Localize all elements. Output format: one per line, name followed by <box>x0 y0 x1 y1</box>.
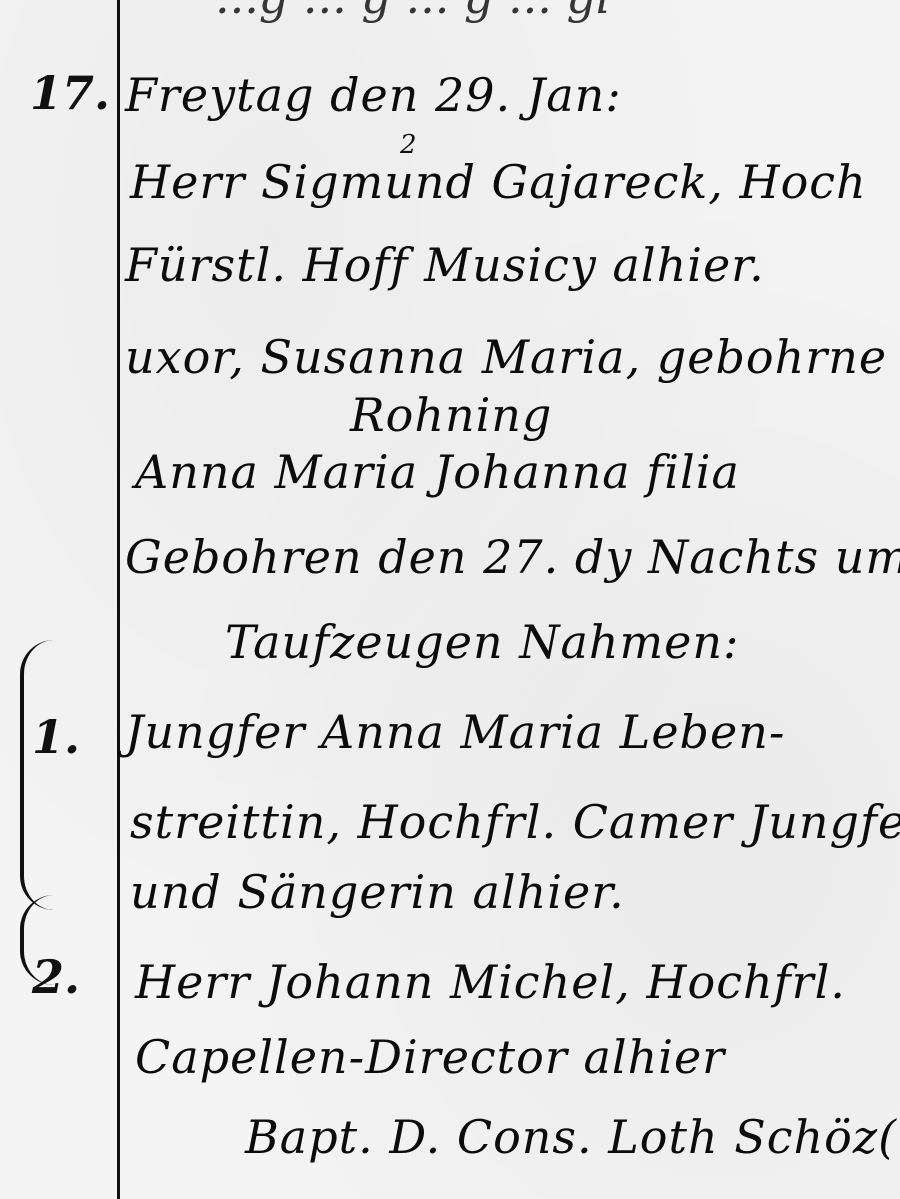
godparent-1-number: 1. <box>32 710 80 764</box>
godparent-1-line-2: streittin, Hochfrl. Camer Jungfer <box>130 795 900 849</box>
baptizer-line: Bapt. D. Cons. Loth Schöz(?) <box>245 1110 900 1164</box>
godparents-heading: Taufzeugen Nahmen: <box>225 615 739 669</box>
father-line: Herr Sigmund Gajareck, Hoch <box>130 155 867 209</box>
godparent-2-line-1: Herr Johann Michel, Hochfrl. <box>135 955 846 1009</box>
birth-line: Gebohren den 27. dy Nachts umb 8 uhr <box>125 530 900 584</box>
margin-rule <box>117 0 120 1199</box>
godparent-1-bracket <box>20 640 54 910</box>
godparent-2-number: 2. <box>32 950 80 1004</box>
father-occupation-line: Fürstl. Hoff Musicy alhier. <box>125 238 765 292</box>
mother-line: uxor, Susanna Maria, gebohrne <box>125 330 887 384</box>
godparent-1-line-3: und Sängerin alhier. <box>130 865 625 919</box>
child-name-line: Anna Maria Johanna filia <box>135 445 740 499</box>
date-line: Freytag den 29. Jan: <box>125 68 622 122</box>
godparent-1-line-1: Jungfer Anna Maria Leben- <box>125 705 785 759</box>
mother-maiden-name: Rohning <box>350 388 552 442</box>
entry-number: 17. <box>30 66 110 120</box>
godparent-2-line-2: Capellen-Director alhier <box>135 1030 725 1084</box>
previous-entry-fragment: ...g ... g ... g ... gl <box>215 0 611 24</box>
